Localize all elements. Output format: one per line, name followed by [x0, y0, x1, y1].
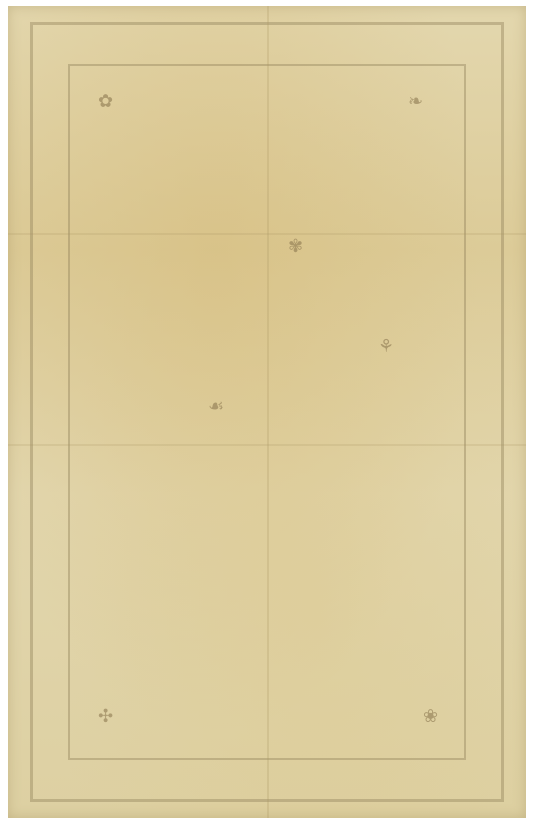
stem-motif-icon: ⚘	[378, 336, 394, 357]
rug-fold-horizontal	[8, 233, 526, 235]
floral-motif-icon: ✾	[288, 236, 303, 257]
sprig-motif-icon: ❧	[408, 91, 423, 112]
floral-motif-icon: ❀	[423, 706, 438, 727]
rug-fold-vertical	[267, 6, 269, 818]
rug-photo: ❧ ✿ ✾ ⚘ ✣ ❀ ☙	[8, 6, 526, 818]
rug-fold-horizontal-2	[8, 444, 526, 446]
floral-motif-icon: ✿	[98, 91, 113, 112]
scroll-motif-icon: ✣	[98, 706, 113, 727]
sprig-motif-icon: ☙	[208, 396, 224, 417]
